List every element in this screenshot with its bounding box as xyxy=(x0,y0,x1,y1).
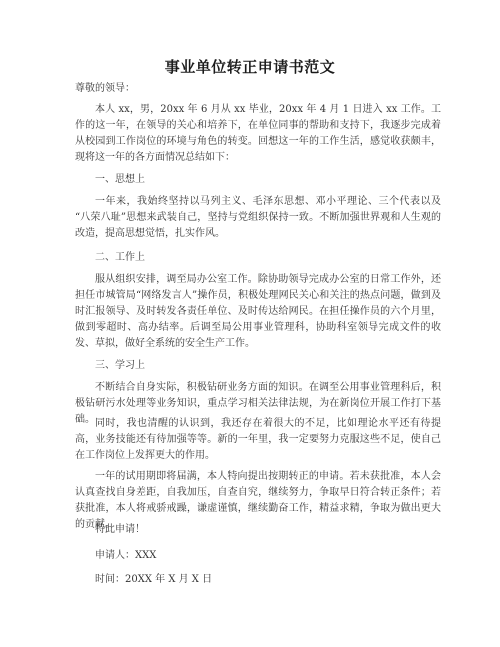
section-2-heading-block: 二、工作上 xyxy=(75,250,441,266)
document-title: 事业单位转正申请书范文 xyxy=(0,56,500,77)
section-2-body: 服从组织安排，调至局办公室工作。除协助领导完成办公室的日常工作外，还担任市城管局… xyxy=(75,272,441,352)
section-paragraph: 同时，我也清醒的认识到，我还存在着很大的不足，比如理论水平还有待提高，业务技能还… xyxy=(75,416,441,464)
section-heading: 三、学习上 xyxy=(75,358,441,374)
applicant-block: 申请人：XXX xyxy=(75,548,441,564)
applicant: 申请人：XXX xyxy=(75,548,441,564)
salutation-block: 尊敬的领导： xyxy=(75,81,441,97)
date: 时间：20XX 年 X 月 X 日 xyxy=(75,572,441,588)
section-paragraph: 一年来，我始终坚持以马列主义、毛泽东思想、邓小平理论、三个代表以及 “八荣八耻”… xyxy=(75,194,441,242)
section-3-heading-block: 三、学习上 xyxy=(75,358,441,374)
salutation: 尊敬的领导： xyxy=(75,81,441,97)
document-page: 事业单位转正申请书范文 尊敬的领导： 本人 xx，男，20xx 年 6 月从 x… xyxy=(0,0,500,647)
section-3-body-2: 同时，我也清醒的认识到，我还存在着很大的不足，比如理论水平还有待提高，业务技能还… xyxy=(75,416,441,464)
section-paragraph: 服从组织安排，调至局办公室工作。除协助领导完成办公室的日常工作外，还担任市城管局… xyxy=(75,272,441,352)
section-1-heading-block: 一、思想上 xyxy=(75,172,441,188)
section-heading: 二、工作上 xyxy=(75,250,441,266)
intro-block: 本人 xx，男，20xx 年 6 月从 xx 毕业，20xx 年 4 月 1 日… xyxy=(75,102,441,166)
closing-block: 特此申请！ xyxy=(75,522,441,538)
date-block: 时间：20XX 年 X 月 X 日 xyxy=(75,572,441,588)
closing: 特此申请！ xyxy=(75,522,441,538)
intro-paragraph: 本人 xx，男，20xx 年 6 月从 xx 毕业，20xx 年 4 月 1 日… xyxy=(75,102,441,166)
section-heading: 一、思想上 xyxy=(75,172,441,188)
section-1-body: 一年来，我始终坚持以马列主义、毛泽东思想、邓小平理论、三个代表以及 “八荣八耻”… xyxy=(75,194,441,242)
